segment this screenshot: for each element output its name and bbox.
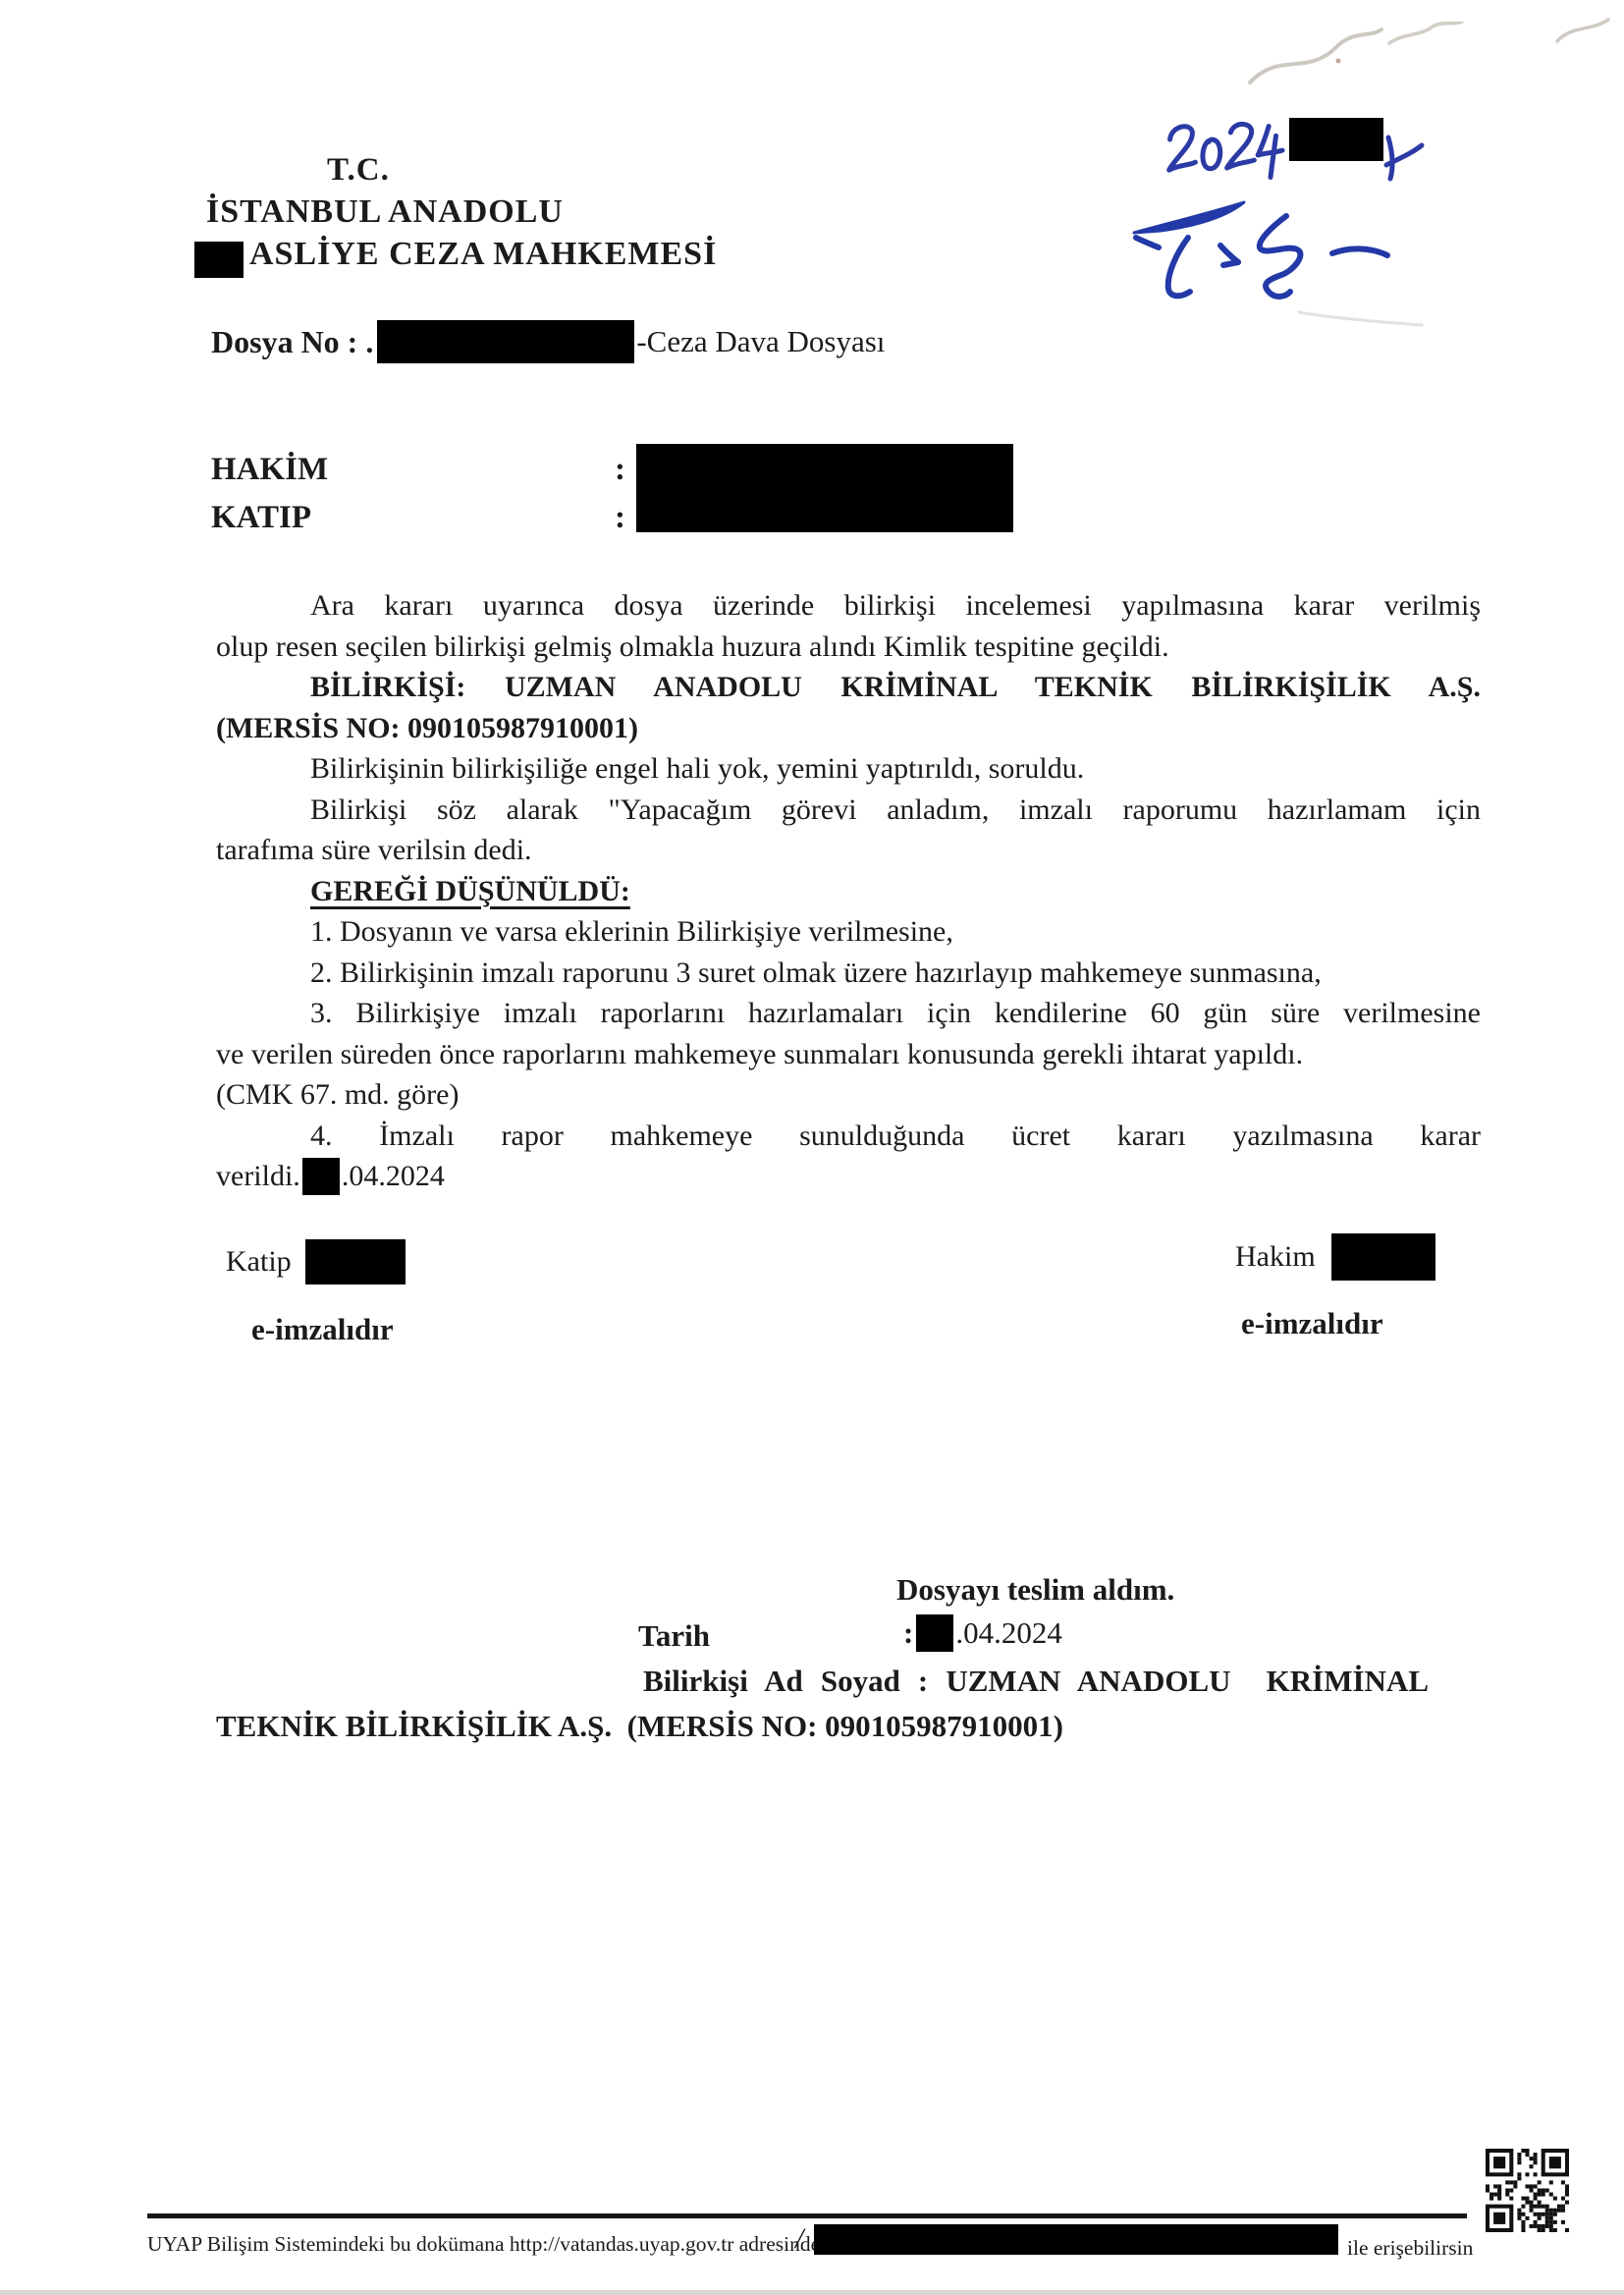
body-line: Ara kararı uyarınca dosya üzerinde bilir… — [216, 585, 1481, 627]
ruling-item-2: 2. Bilirkişinin imzalı raporunu 3 suret … — [216, 953, 1481, 994]
ruling-item-3-cont: ve verilen süreden önce raporlarını mahk… — [216, 1034, 1481, 1075]
clerk-signature-row: Katip — [226, 1239, 406, 1284]
ruling-item-4: 4. İmzalı rapor mahkemeye sunulduğunda ü… — [216, 1116, 1481, 1157]
expert-heading: BİLİRKİŞİ: UZMAN ANADOLU KRİMİNAL TEKNİK… — [216, 667, 1481, 708]
clerk-label: KATIP — [211, 500, 311, 536]
body-line: olup resen seçilen bilirkişi gelmiş olma… — [216, 627, 1481, 668]
redaction-court-number — [194, 242, 244, 278]
footer-rule — [147, 2213, 1467, 2218]
ruling-item-3-ref: (CMK 67. md. göre) — [216, 1074, 1481, 1116]
esignature-note-judge: e-imzalıdır — [1241, 1306, 1383, 1341]
delivery-date: .04.2024 — [955, 1615, 1062, 1651]
court-name: ASLİYE CEZA MAHKEMESİ — [249, 236, 717, 273]
scan-bottom-edge — [0, 2290, 1624, 2295]
footer-slash: / — [795, 2222, 803, 2256]
date-colon: : — [903, 1615, 913, 1651]
redaction-delivery-day — [916, 1614, 953, 1652]
qr-code — [1486, 2149, 1569, 2232]
body-line: tarafıma süre verilsin dedi. — [216, 830, 1481, 871]
case-file-label: Dosya No : . — [211, 324, 373, 360]
redaction-officials-names — [636, 444, 1013, 532]
scan-smudge — [1242, 22, 1468, 110]
court-city: İSTANBUL ANADOLU — [206, 193, 564, 231]
redaction-case-file-number — [377, 320, 634, 363]
ruling-item-1: 1. Dosyanın ve varsa eklerinin Bilirkişi… — [216, 911, 1481, 953]
handwritten-tail — [1380, 134, 1428, 185]
decision-closing: verildi. — [216, 1156, 300, 1197]
case-file-row: Dosya No : . -Ceza Dava Dosyası — [211, 320, 885, 363]
mersis-line: (MERSİS NO: 090105987910001) — [216, 708, 1481, 749]
body-line: Bilirkişi söz alarak "Yapacağım görevi a… — [216, 790, 1481, 831]
date-value-row: : .04.2024 — [903, 1614, 1062, 1652]
body-line: Bilirkişinin bilirkişiliğe engel hali yo… — [216, 748, 1481, 790]
uyap-footer-text: UYAP Bilişim Sistemindeki bu dokümana ht… — [147, 2232, 831, 2257]
handwritten-signature — [1060, 187, 1473, 334]
uyap-footer-suffix: ile erişebilirsin — [1347, 2236, 1473, 2261]
expert-name-line-1: Bilirkişi Ad Soyad : UZMAN ANADOLU KRİMİ… — [643, 1664, 1429, 1699]
judge-label: HAKİM — [211, 452, 328, 488]
esignature-note-clerk: e-imzalıdır — [251, 1312, 394, 1347]
judge-signature-row: Hakim — [1235, 1233, 1435, 1281]
case-file-suffix: -Ceza Dava Dosyası — [636, 324, 885, 359]
redaction-handwritten-case-no — [1289, 118, 1383, 161]
ruling-heading: GEREĞİ DÜŞÜNÜLDÜ: — [216, 871, 1481, 912]
republic-abbrev: T.C. — [327, 152, 390, 189]
clerk-colon: : — [615, 500, 625, 536]
redaction-decision-day — [302, 1158, 340, 1195]
judge-sign-label: Hakim — [1235, 1240, 1316, 1274]
file-received-note: Dosyayı teslim aldım. — [896, 1572, 1174, 1608]
handwritten-year — [1163, 114, 1294, 188]
decision-date: .04.2024 — [342, 1156, 445, 1197]
date-label: Tarih — [638, 1618, 710, 1654]
expert-name-line-2: TEKNİK BİLİRKİŞİLİK A.Ş. (MERSİS NO: 090… — [216, 1709, 1063, 1744]
ruling-item-4-cont: verildi. .04.2024 — [216, 1156, 1481, 1197]
judge-colon: : — [615, 452, 625, 488]
redaction-verification-code — [814, 2224, 1338, 2255]
clerk-sign-label: Katip — [226, 1245, 292, 1279]
ruling-item-3: 3. Bilirkişiye imzalı raporlarını hazırl… — [216, 993, 1481, 1034]
redaction-judge-id — [1331, 1233, 1435, 1281]
redaction-clerk-id — [305, 1239, 406, 1284]
decision-body: Ara kararı uyarınca dosya üzerinde bilir… — [216, 585, 1481, 1197]
scanned-court-document: T.C. İSTANBUL ANADOLU ASLİYE CEZA MAHKEM… — [0, 0, 1624, 2295]
scan-smudge-corner — [1553, 16, 1612, 51]
